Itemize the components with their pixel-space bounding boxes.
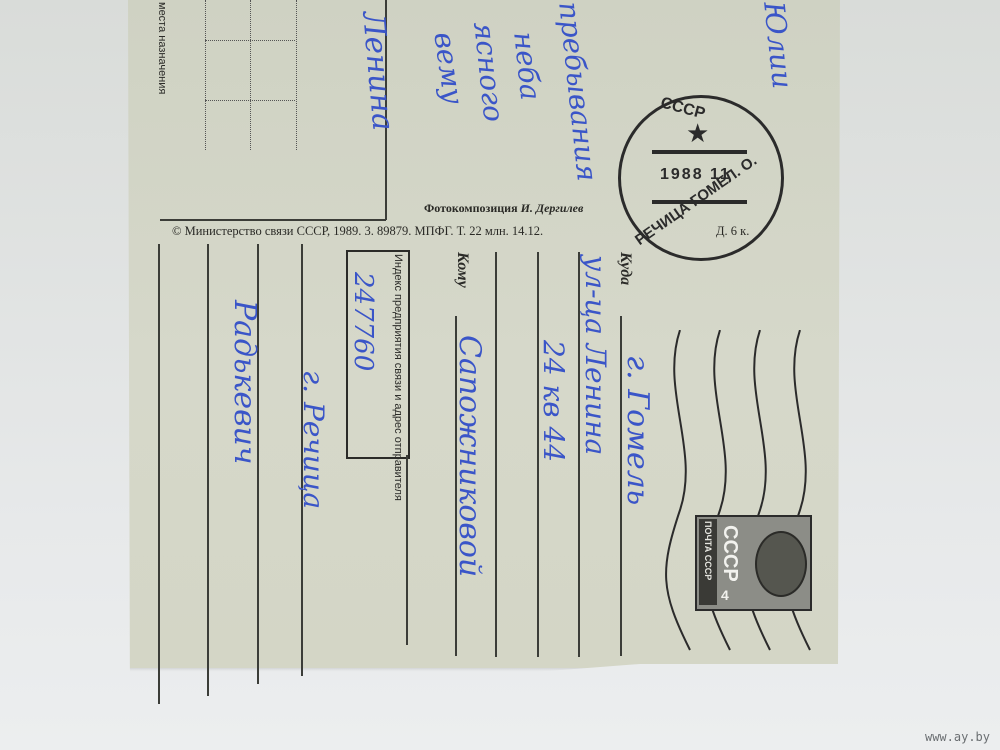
recipient-street: ул-ца Ленина — [579, 255, 612, 455]
watermark: www.ay.by — [925, 730, 990, 744]
handwriting: ясного — [467, 20, 510, 123]
stamp-country: СССР — [718, 525, 741, 582]
stamp-label: ПОЧТА СССР — [703, 521, 713, 580]
sender-label-part1: Индекс предприятия связи — [392, 254, 404, 391]
sender-box-line — [406, 455, 408, 645]
handwriting: неба — [507, 30, 547, 102]
handwriting: пребывания — [552, 0, 604, 183]
where-label: Куда — [616, 252, 634, 285]
copyright-line: © Министерство связи СССР, 1989. 3. 8987… — [172, 224, 543, 239]
photocomposition-label: Фотокомпозиция И. Дергилев — [424, 201, 583, 216]
handwritten-sender-name: Радькевич — [227, 300, 262, 465]
postmark-bar — [652, 150, 747, 154]
recipient-apartment: 24 кв 44 — [537, 340, 570, 462]
destination-label: места назначения — [156, 2, 168, 94]
address-line — [207, 244, 209, 696]
sender-box-label: Индекс предприятия связи и адрес отправи… — [392, 254, 404, 501]
handwritten-city: г. Речица — [297, 370, 330, 509]
postcard: места назначения Ленина вему ясного неба… — [0, 0, 840, 668]
recipient-name: Сапожниковой — [452, 335, 487, 577]
star-icon: ★ — [686, 118, 709, 149]
photocomposition-text: Фотокомпозиция — [424, 201, 518, 215]
recipient-line — [495, 252, 497, 657]
handwritten-index: 247760 — [348, 272, 378, 371]
stamp-value: 4 — [721, 587, 729, 603]
address-line — [158, 244, 160, 704]
handwriting: Юлии — [757, 0, 799, 90]
coat-of-arms-icon — [755, 531, 807, 597]
handwriting: Ленина — [355, 10, 400, 132]
handwriting: вему — [427, 30, 470, 106]
message-area-bottom-border — [160, 219, 386, 221]
to-whom-label: Кому — [453, 252, 471, 288]
postal-index-grid-line — [250, 0, 252, 150]
photocomposition-author: И. Дергилев — [521, 201, 584, 215]
sender-label-part2: и адрес отправителя — [392, 394, 404, 501]
postage-stamp: ПОЧТА СССР СССР 4 — [695, 515, 812, 611]
